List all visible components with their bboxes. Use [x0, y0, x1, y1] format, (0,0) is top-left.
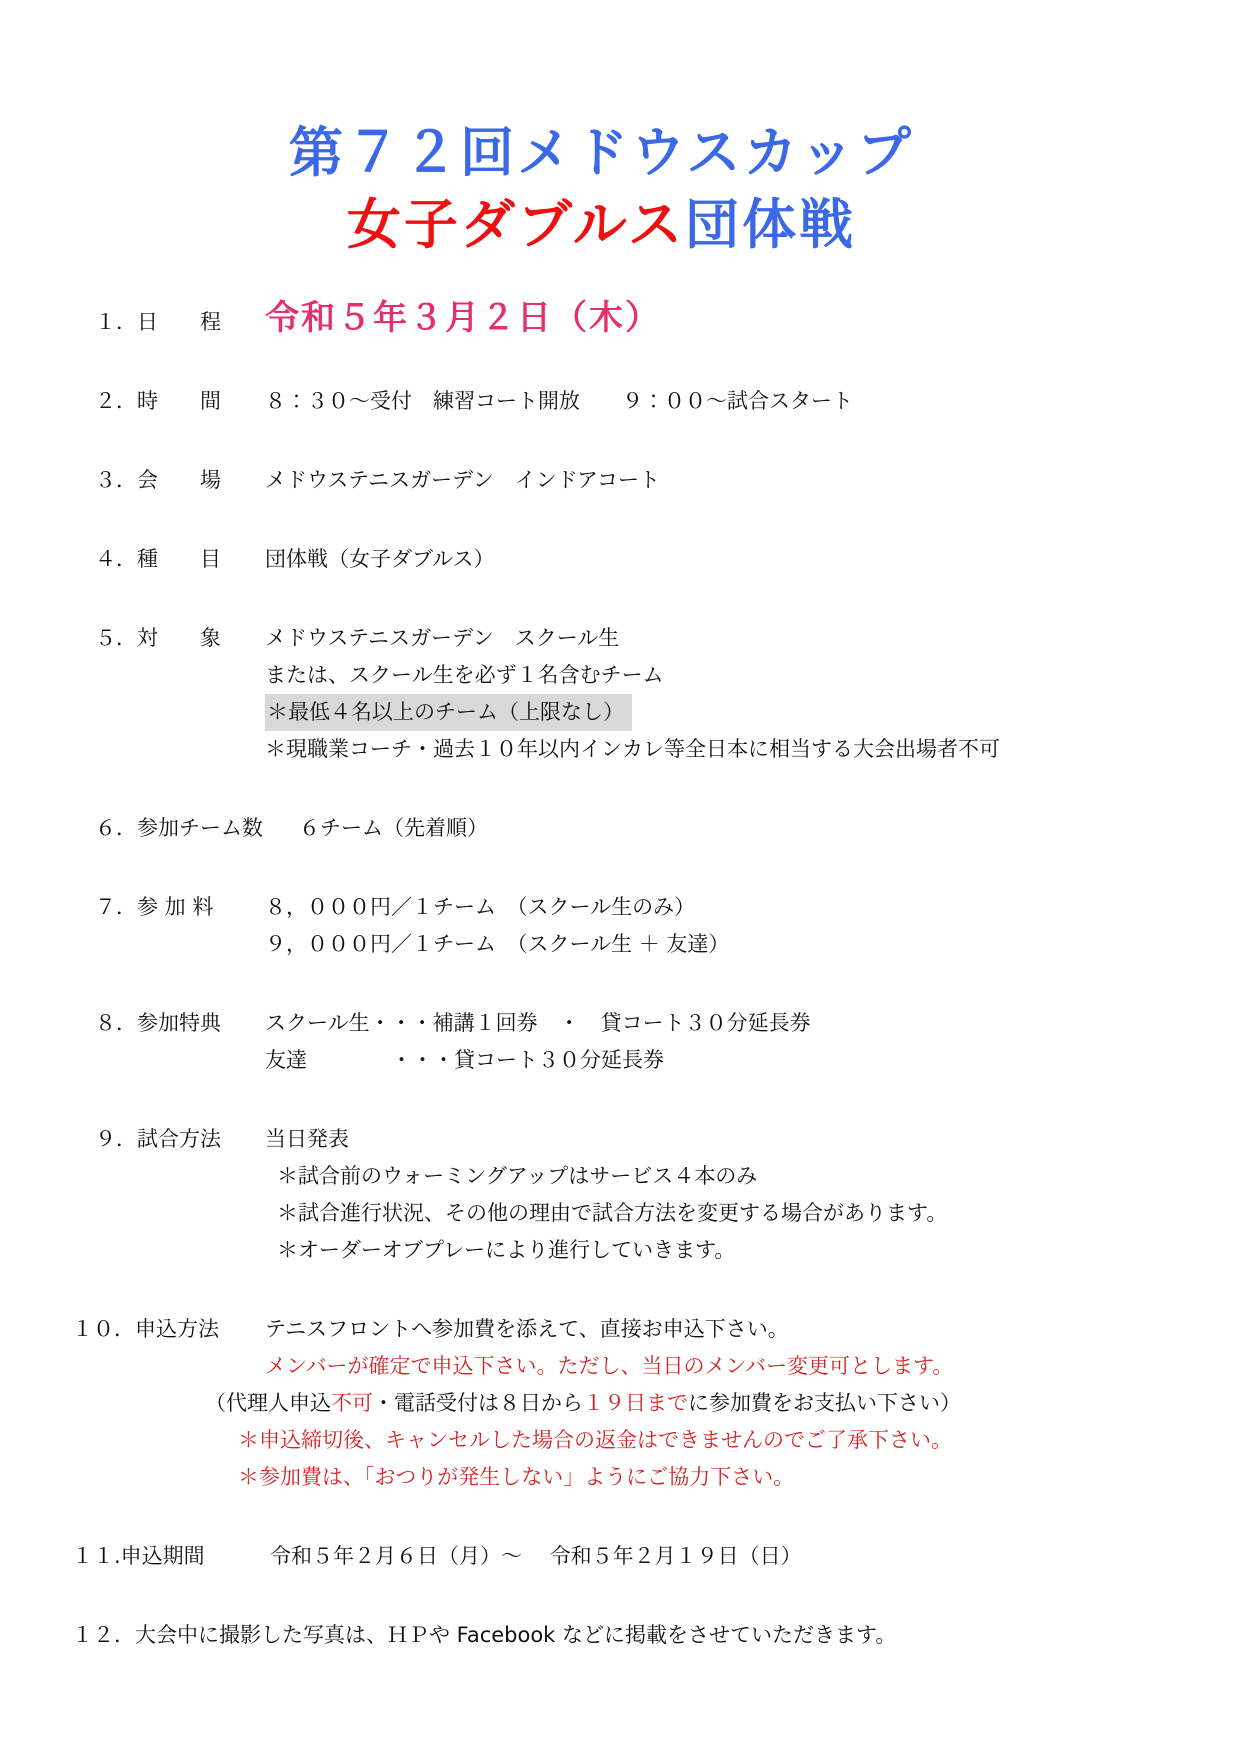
proxy-note-seg5: に参加費をお支払い下さい） — [688, 1391, 961, 1415]
item-match-method-value: 当日発表 — [265, 1121, 349, 1158]
proxy-note-seg3: ・電話受付は８日から — [373, 1391, 583, 1415]
item-time: ２．時 間 ８：３０～受付 練習コート開放 ９：００～試合スタート — [95, 383, 1201, 420]
item-eligibility-highlight: ＊最低４名以上のチーム（上限なし） — [265, 694, 632, 731]
flyer-body: １．日 程 令和５年３月２日（木） ２．時 間 ８：３０～受付 練習コート開放 … — [72, 300, 1201, 1654]
item-team-count-value: ６チーム（先着順） — [299, 810, 488, 847]
item-application-cancel-note: ＊申込締切後、キャンセルした場合の返金はできませんのでご了承下さい。 — [238, 1422, 1201, 1459]
item-application: １０．申込方法 テニスフロントへ参加費を添えて、直接お申込下さい。 メンバーが確… — [72, 1311, 1201, 1496]
item-team-count: ６．参加チーム数 ６チーム（先着順） — [95, 810, 1201, 847]
item-application-change-note: ＊参加費は、「おつりが発生しない」ようにご協力下さい。 — [238, 1459, 1201, 1496]
item-application-value: テニスフロントへ参加費を添えて、直接お申込下さい。 — [265, 1311, 789, 1348]
proxy-note-seg4-red: １９日まで — [583, 1391, 688, 1415]
item-benefits: ８．参加特典 スクール生・・・補講１回券 ・ 貸コート３０分延長券 友達 ・・・… — [95, 1005, 1201, 1079]
item-category-label: ４．種 目 — [95, 541, 265, 578]
item-venue: ３．会 場 メドウステニスガーデン インドアコート — [95, 462, 1201, 499]
item-photo-notice: １２．大会中に撮影した写真は、ＨＰや Facebook などに掲載をさせていただ… — [72, 1617, 1201, 1654]
item-schedule-label: １．日 程 — [95, 304, 265, 341]
item-application-period-value: 令和５年２月６日（月）～ 令和５年２月１９日（日） — [270, 1538, 802, 1575]
title-line1: 第７２回メドウスカップ — [72, 118, 1131, 188]
proxy-note-seg2-red: 不可 — [331, 1391, 373, 1415]
item-fee-label: ７．参 加 料 — [95, 889, 265, 926]
item-application-proxy-note: （代理人申込不可・電話受付は８日から１９日までに参加費をお支払い下さい） — [205, 1385, 1201, 1422]
item-category-value: 団体戦（女子ダブルス） — [265, 541, 495, 578]
item-schedule-date: 令和５年３月２日（木） — [265, 300, 661, 337]
item-match-method-line2: ＊試合前のウォーミングアップはサービス４本のみ — [277, 1158, 1201, 1195]
item-application-period: １１.申込期間 令和５年２月６日（月）～ 令和５年２月１９日（日） — [72, 1538, 1201, 1575]
item-team-count-label: ６．参加チーム数 — [95, 810, 265, 847]
item-fee-line2: ９，０００円／１チーム （スクール生 ＋ 友達） — [265, 926, 1201, 963]
title-line2: 女子ダブルス団体戦 — [72, 190, 1131, 260]
item-time-label: ２．時 間 — [95, 383, 265, 420]
item-venue-value: メドウステニスガーデン インドアコート — [265, 462, 660, 499]
item-fee-value: ８，０００円／１チーム （スクール生のみ） — [265, 889, 695, 926]
title-line2-event: 女子ダブルス — [347, 193, 685, 256]
proxy-note-seg1: （代理人申込 — [205, 1391, 331, 1415]
item-application-label: １０．申込方法 — [72, 1311, 265, 1348]
item-time-value: ８：３０～受付 練習コート開放 ９：００～試合スタート — [265, 383, 853, 420]
item-eligibility-value: メドウステニスガーデン スクール生 — [265, 620, 619, 657]
item-venue-label: ３．会 場 — [95, 462, 265, 499]
item-fee: ７．参 加 料 ８，０００円／１チーム （スクール生のみ） ９，０００円／１チー… — [95, 889, 1201, 963]
item-match-method-label: ９．試合方法 — [95, 1121, 265, 1158]
item-match-method-line4: ＊オーダーオブプレーにより進行していきます。 — [277, 1232, 1201, 1269]
item-photo-notice-text: １２．大会中に撮影した写真は、ＨＰや Facebook などに掲載をさせていただ… — [72, 1617, 1201, 1654]
item-application-member-note: メンバーが確定で申込下さい。ただし、当日のメンバー変更可とします。 — [265, 1348, 1201, 1385]
item-eligibility-line3: ＊最低４名以上のチーム（上限なし） — [265, 694, 1201, 731]
item-benefits-value: スクール生・・・補講１回券 ・ 貸コート３０分延長券 — [265, 1005, 811, 1042]
title-line2-format: 団体戦 — [685, 193, 856, 256]
item-benefits-label: ８．参加特典 — [95, 1005, 265, 1042]
item-category: ４．種 目 団体戦（女子ダブルス） — [95, 541, 1201, 578]
item-eligibility-label: ５．対 象 — [95, 620, 265, 657]
item-application-period-label: １１.申込期間 — [72, 1538, 270, 1575]
item-eligibility: ５．対 象 メドウステニスガーデン スクール生 または、スクール生を必ず１名含む… — [95, 620, 1201, 768]
item-benefits-line2: 友達 ・・・貸コート３０分延長券 — [265, 1042, 1201, 1079]
item-match-method: ９．試合方法 当日発表 ＊試合前のウォーミングアップはサービス４本のみ ＊試合進… — [95, 1121, 1201, 1269]
item-schedule: １．日 程 令和５年３月２日（木） — [95, 300, 1201, 341]
flyer-page: 第７２回メドウスカップ 女子ダブルス団体戦 １．日 程 令和５年３月２日（木） … — [0, 0, 1241, 1755]
flyer-title: 第７２回メドウスカップ 女子ダブルス団体戦 — [72, 118, 1131, 260]
item-eligibility-line4: ＊現職業コーチ・過去１０年以内インカレ等全日本に相当する大会出場者不可 — [265, 731, 1201, 768]
item-eligibility-line2: または、スクール生を必ず１名含むチーム — [265, 657, 1201, 694]
item-match-method-line3: ＊試合進行状況、その他の理由で試合方法を変更する場合があります。 — [277, 1195, 1201, 1232]
